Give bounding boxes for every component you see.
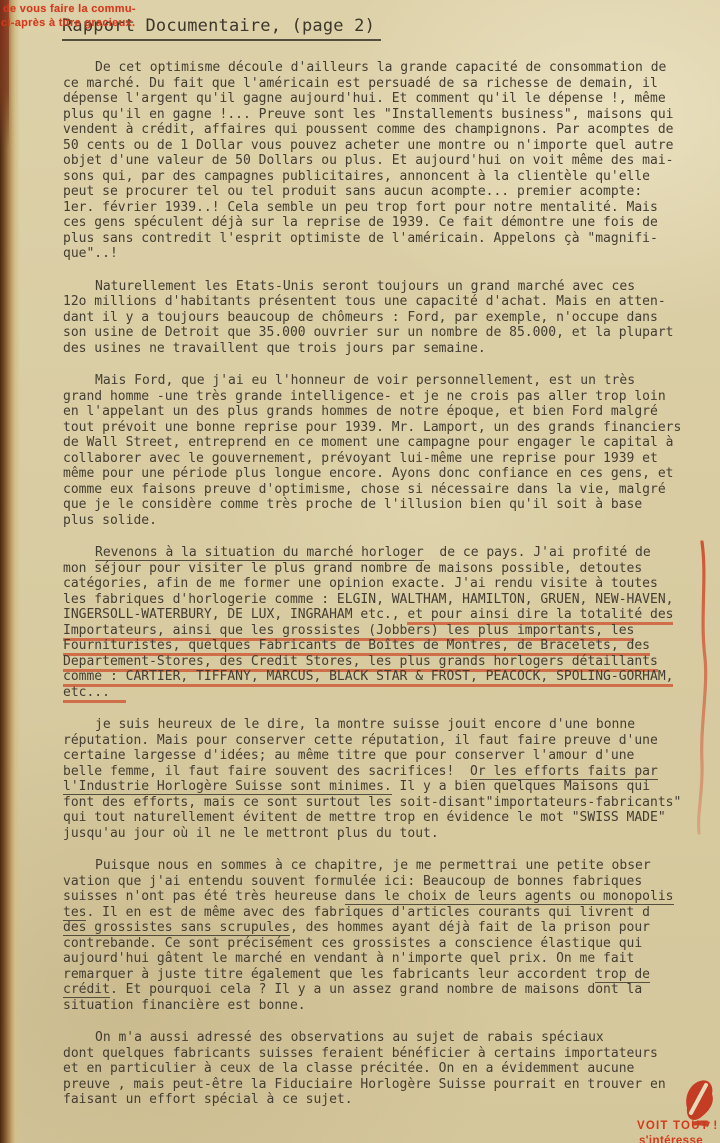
text-line: mon séjour pour visiter le plus grand no… xyxy=(63,561,708,577)
text-line: Puisque nous en sommes à ce chapitre, je… xyxy=(63,858,708,874)
text-line: son usine de Detroit que 35.000 ouvrier … xyxy=(63,325,708,341)
text-line: même pour une période plus longue encore… xyxy=(63,466,708,482)
text-line: suisses n'ont pas été très heureuse dans… xyxy=(63,889,708,905)
text-line: ces gens spéculent déjà sur la reprise d… xyxy=(63,215,708,231)
text-line: et en particulier à ceux de la classe pr… xyxy=(63,1061,708,1077)
text-line: collaborer avec le gouvernement, prévoya… xyxy=(63,451,708,467)
text-line: tes. Il en est de même avec des fabrique… xyxy=(63,905,708,921)
text-line: certaine largesse d'idées; au même titre… xyxy=(63,748,708,764)
text-line: plus qu'il en gagne !... Preuve sont les… xyxy=(63,107,708,123)
text-line: De cet optimisme découle d'ailleurs la g… xyxy=(63,60,708,76)
paragraph: Revenons à la situation du marché horlog… xyxy=(63,545,708,700)
text-line: 1er. février 1939..! Cela semble un peu … xyxy=(63,200,708,216)
text-line: 50 cents ou de 1 Dollar vous pouvez ache… xyxy=(63,138,708,154)
paragraph: De cet optimisme découle d'ailleurs la g… xyxy=(63,60,708,262)
text-line: font des efforts, mais ce sont surtout l… xyxy=(63,795,708,811)
text-line: comme eux faisons preuve d'optimisme, ch… xyxy=(63,482,708,498)
text-line: vendent à crédit, affaires qui poussent … xyxy=(63,122,708,138)
text-line: remarquer à juste titre également que le… xyxy=(63,967,708,983)
text-line: peut se procurer tel ou tel produit sans… xyxy=(63,184,708,200)
text-line: comme : CARTIER, TIFFANY, MARCUS, BLACK … xyxy=(63,669,708,685)
text-line: Importateurs, ainsi que les grossistes (… xyxy=(63,623,708,639)
text-line: sons qui, par des campagnes publicitaire… xyxy=(63,169,708,185)
red-margin-note-top-left: de vous faire la commu- ci-après à titre… xyxy=(3,2,136,30)
red-note-line: de vous faire la commu- xyxy=(3,2,136,16)
red-note-line: ci-après à titre gracieux. xyxy=(1,16,136,30)
text-line: faisant un effort spécial à ce sujet. xyxy=(63,1092,708,1108)
text-line: dant il y a toujours beaucoup de chômeur… xyxy=(63,310,708,326)
red-stamp-line: s'intéresse xyxy=(639,1134,718,1143)
text-line: jusqu'au jour où il ne le mettront plus … xyxy=(63,826,708,842)
page-binding-edge xyxy=(0,0,20,1143)
text-line: aujourd'hui gâtent le marché en vendant … xyxy=(63,951,708,967)
black-underlined-text: Revenons à la situation du marché horlog… xyxy=(95,545,424,561)
text-line: situation financière est bonne. xyxy=(63,998,708,1014)
document-body: De cet optimisme découle d'ailleurs la g… xyxy=(63,60,708,1125)
text-line: Departement-Stores, des Credit Stores, l… xyxy=(63,654,708,670)
text-line: qui tout naturellement évitent de mettre… xyxy=(63,810,708,826)
black-underlined-text: crédit xyxy=(63,982,110,998)
black-underlined-text: tes xyxy=(63,905,86,921)
text-line: les fabriques d'horlogerie comme : ELGIN… xyxy=(63,592,708,608)
text-line: belle femme, il faut faire souvent des s… xyxy=(63,764,708,780)
text-line: 12o millions d'habitants présentent tous… xyxy=(63,294,708,310)
text-line: plus sans contredit l'esprit optimiste d… xyxy=(63,231,708,247)
text-line: que"..! xyxy=(63,246,708,262)
text-line: crédit. Et pourquoi cela ? Il y a un ass… xyxy=(63,982,708,998)
text-line: plus solide. xyxy=(63,513,708,529)
paragraph: Naturellement les Etats-Unis seront touj… xyxy=(63,279,708,357)
text-line: je suis heureux de le dire, la montre su… xyxy=(63,717,708,733)
text-line: de Wall Street, entreprend en ce moment … xyxy=(63,435,708,451)
text-line: que je le considère comme très proche de… xyxy=(63,497,708,513)
paragraph: je suis heureux de le dire, la montre su… xyxy=(63,717,708,841)
red-underlined-text: etc... xyxy=(63,685,126,703)
red-stamp-text-bottom-right: VOIT TOUT ! s'intéresse xyxy=(637,1119,718,1143)
text-line: On m'a aussi adressé des observations au… xyxy=(63,1030,708,1046)
text-line: preuve , mais peut-être la Fiduciaire Ho… xyxy=(63,1077,708,1093)
text-line: contrebande. Ce sont précisément ces gro… xyxy=(63,936,708,952)
black-underlined-text: dans le choix de leurs agents ou monopol… xyxy=(345,889,674,905)
red-underlined-text: comme : CARTIER, TIFFANY, MARCUS, BLACK … xyxy=(63,669,673,687)
text-line: Mais Ford, que j'ai eu l'honneur de voir… xyxy=(63,373,708,389)
text-line: grand homme -une très grande intelligenc… xyxy=(63,389,708,405)
paragraph: Mais Ford, que j'ai eu l'honneur de voir… xyxy=(63,373,708,528)
paragraph: On m'a aussi adressé des observations au… xyxy=(63,1030,708,1108)
text-line: l'Industrie Horlogère Suisse sont minime… xyxy=(63,779,708,795)
text-line: objet d'une valeur de 50 Dollars ou plus… xyxy=(63,153,708,169)
text-line: réputation. Mais pour conserver cette ré… xyxy=(63,733,708,749)
text-line: Naturellement les Etats-Unis seront touj… xyxy=(63,279,708,295)
text-line: dépense l'argent qu'il gagne aujourd'hui… xyxy=(63,91,708,107)
document-page: de vous faire la commu- ci-après à titre… xyxy=(0,0,720,1143)
red-margin-annotation-line xyxy=(688,538,714,848)
black-underlined-text: des grossistes sans scrupules xyxy=(63,920,290,936)
black-underlined-text: l'Industrie Horlogère Suisse sont minime… xyxy=(63,779,392,795)
text-line: en l'appelant un des plus grands hommes … xyxy=(63,404,708,420)
text-line: catégories, afin de me former une opinio… xyxy=(63,576,708,592)
black-underlined-text: Or les efforts faits par xyxy=(470,764,658,780)
paragraph: Puisque nous en sommes à ce chapitre, je… xyxy=(63,858,708,1013)
text-line: dont quelques fabricants suisses feraien… xyxy=(63,1046,708,1062)
text-line: Revenons à la situation du marché horlog… xyxy=(63,545,708,561)
text-line: tout prévoit une bonne reprise pour 1939… xyxy=(63,420,708,436)
text-line: des usines ne travaillent que trois jour… xyxy=(63,341,708,357)
text-line: INGERSOLL-WATERBURY, DE LUX, INGRAHAM et… xyxy=(63,607,708,623)
text-line: des grossistes sans scrupules, des homme… xyxy=(63,920,708,936)
text-line: ce marché. Du fait que l'américain est p… xyxy=(63,76,708,92)
red-stamp-line: VOIT TOUT ! xyxy=(637,1119,718,1134)
black-underlined-text: trop de xyxy=(595,967,650,983)
text-line: Fournituristes, quelques Fabricants de B… xyxy=(63,638,708,654)
text-line: vation que j'ai entendu souvent formulée… xyxy=(63,874,708,890)
